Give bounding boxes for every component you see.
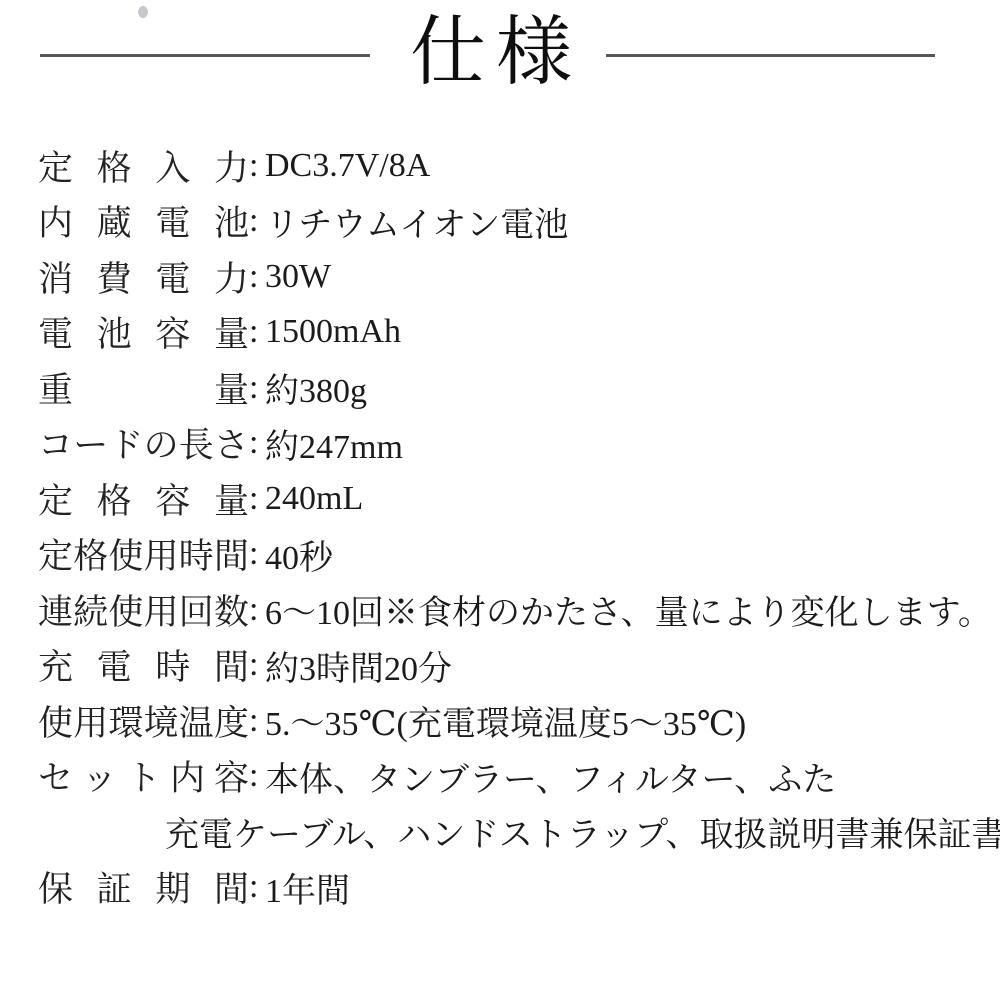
spec-row-cord-length: コードの長さ:約247mm xyxy=(38,416,968,472)
spec-colon: : xyxy=(249,757,265,795)
title-rule-left xyxy=(40,54,370,57)
spec-label: 連続使用回数 xyxy=(38,585,249,635)
spec-row-battery-capacity: 電池容量:1500mAh xyxy=(38,305,968,361)
spec-label: 重量 xyxy=(38,363,249,413)
spec-row-warranty-period: 保証期間:1年間 xyxy=(38,860,968,916)
spec-row-rated-usage-time: 定格使用時間:40秒 xyxy=(38,527,968,583)
spec-row-built-in-battery: 内蔵電池:リチウムイオン電池 xyxy=(38,194,968,250)
spec-row-rated-input: 定格入力:DC3.7V/8A xyxy=(38,138,968,194)
spec-value: 40秒 xyxy=(265,530,333,579)
spec-colon: : xyxy=(249,868,265,906)
spec-value: 約380g xyxy=(265,363,367,412)
spec-colon: : xyxy=(249,646,265,684)
spec-colon: : xyxy=(249,424,265,462)
spec-colon: : xyxy=(249,147,265,185)
spec-value: 約247mm xyxy=(265,419,403,468)
spec-value: リチウムイオン電池 xyxy=(265,197,568,246)
spec-value: 本体、タンブラー、フィルター、ふた xyxy=(265,752,836,801)
spec-label: セット内容 xyxy=(38,751,249,801)
spec-colon: : xyxy=(249,369,265,407)
spec-value: 6～10回※食材のかたさ、量により変化します。 xyxy=(265,585,992,634)
spec-label: 定格容量 xyxy=(38,474,249,524)
spec-value: 充電ケーブル、ハンドストラップ、取扱説明書兼保証書 xyxy=(165,807,1000,856)
spec-row-continuous-use-count: 連続使用回数:6～10回※食材のかたさ、量により変化します。 xyxy=(38,582,968,638)
spec-colon: : xyxy=(249,535,265,573)
spec-colon: : xyxy=(249,258,265,296)
spec-label: コードの長さ xyxy=(38,418,249,468)
spec-row-rated-capacity: 定格容量:240mL xyxy=(38,471,968,527)
spec-row-weight: 重量:約380g xyxy=(38,360,968,416)
spec-sheet-page: 仕様 定格入力:DC3.7V/8A 内蔵電池:リチウムイオン電池 消費電力:30… xyxy=(0,0,1000,1000)
spec-label: 充電時間 xyxy=(38,640,249,690)
spec-value: 1年間 xyxy=(265,863,350,912)
spec-colon: : xyxy=(249,202,265,240)
spec-label: 使用環境温度 xyxy=(38,696,249,746)
spec-colon: : xyxy=(249,480,265,518)
spec-colon: : xyxy=(249,313,265,351)
artifact-dot xyxy=(138,6,148,18)
spec-label: 定格入力 xyxy=(38,141,249,191)
spec-value: 240mL xyxy=(265,480,363,518)
spec-value: DC3.7V/8A xyxy=(265,147,430,185)
spec-row-set-contents: セット内容:本体、タンブラー、フィルター、ふた xyxy=(38,749,968,805)
spec-label: 電池容量 xyxy=(38,307,249,357)
spec-value: 1500mAh xyxy=(265,313,401,351)
spec-label: 保証期間 xyxy=(38,862,249,912)
spec-value: 5.～35℃(充電環境温度5～35℃) xyxy=(265,696,746,745)
spec-value: 約3時間20分 xyxy=(265,641,452,690)
title-rule-right xyxy=(606,54,935,57)
spec-value: 30W xyxy=(265,258,331,296)
spec-row-charging-time: 充電時間:約3時間20分 xyxy=(38,638,968,694)
spec-list: 定格入力:DC3.7V/8A 内蔵電池:リチウムイオン電池 消費電力:30W 電… xyxy=(38,138,968,915)
spec-colon: : xyxy=(249,591,265,629)
spec-row-power-consumption: 消費電力:30W xyxy=(38,249,968,305)
spec-row-set-contents-continued: 充電ケーブル、ハンドストラップ、取扱説明書兼保証書 xyxy=(38,804,968,860)
spec-label: 定格使用時間 xyxy=(38,529,249,579)
spec-label: 消費電力 xyxy=(38,252,249,302)
spec-label: 内蔵電池 xyxy=(38,196,249,246)
spec-colon: : xyxy=(249,702,265,740)
spec-row-operating-temperature: 使用環境温度:5.～35℃(充電環境温度5～35℃) xyxy=(38,693,968,749)
page-title: 仕様 xyxy=(410,8,582,99)
